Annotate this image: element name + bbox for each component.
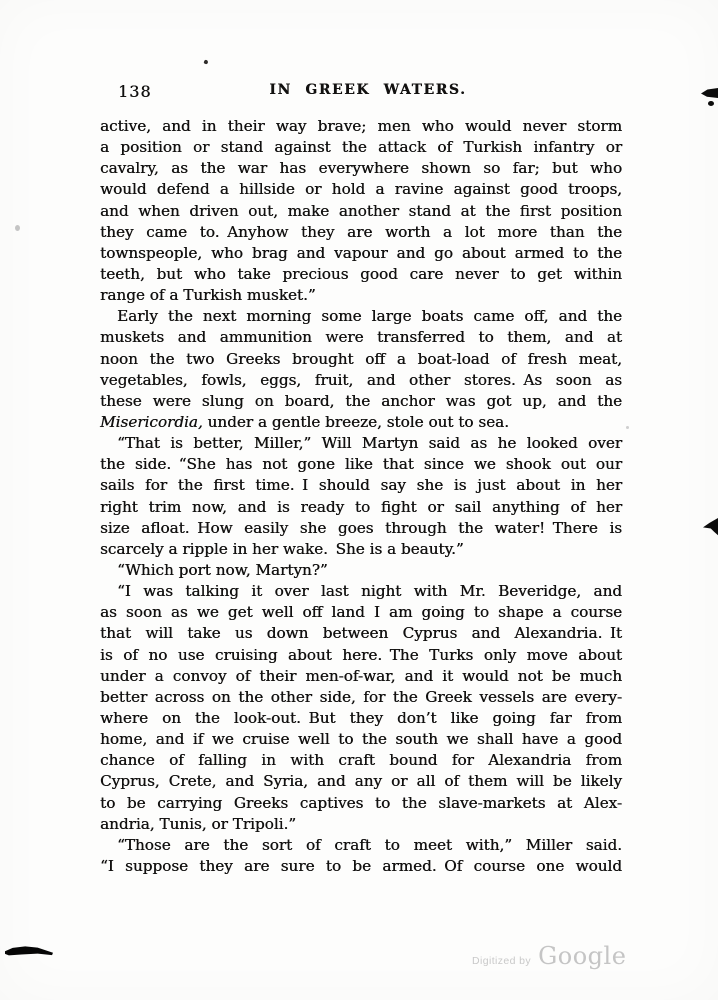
text-line: these were slung on board, the anchor wa… bbox=[100, 391, 622, 412]
text-segment: vegetables, fowls, eggs, fruit, and othe… bbox=[100, 371, 622, 389]
text-segment: where on the look-out. But they don’t li… bbox=[100, 709, 622, 727]
text-segment: as soon as we get well off land I am goi… bbox=[100, 603, 622, 621]
text-segment: Cyprus, Crete, and Syria, and any or all… bbox=[100, 772, 622, 790]
watermark-prefix: Digitized by bbox=[472, 955, 531, 967]
text-line: right trim now, and is ready to fight or… bbox=[100, 497, 622, 518]
text-segment: size afloat. How easily she goes through… bbox=[100, 519, 622, 537]
text-line: teeth, but who take precious good care n… bbox=[100, 264, 622, 285]
text-line: chance of falling in with craft bound fo… bbox=[100, 750, 622, 771]
text-segment: cavalry, as the war has everywhere shown… bbox=[100, 159, 622, 177]
text-line: Cyprus, Crete, and Syria, and any or all… bbox=[100, 771, 622, 792]
book-page: 138 IN GREEK WATERS. active, and in thei… bbox=[0, 0, 718, 1000]
text-segment: chance of falling in with craft bound fo… bbox=[100, 751, 622, 769]
text-segment: would defend a hillside or hold a ravine… bbox=[100, 180, 622, 198]
paragraph: “Which port now, Martyn?” bbox=[100, 560, 622, 581]
text-segment: “Which port now, Martyn?” bbox=[117, 561, 328, 579]
text-line: “I was talking it over last night with M… bbox=[100, 581, 622, 602]
paragraph: active, and in their way brave; men who … bbox=[100, 116, 622, 306]
text-line: and when driven out, make another stand … bbox=[100, 201, 622, 222]
text-line: size afloat. How easily she goes through… bbox=[100, 518, 622, 539]
text-line: cavalry, as the war has everywhere shown… bbox=[100, 158, 622, 179]
text-segment: a position or stand against the attack o… bbox=[100, 138, 622, 156]
text-segment: under a convoy of their men-of-war, and … bbox=[100, 667, 622, 685]
text-line: “That is better, Miller,” Will Martyn sa… bbox=[100, 433, 622, 454]
text-segment: that will take us down between Cyprus an… bbox=[100, 624, 622, 642]
text-segment: teeth, but who take precious good care n… bbox=[100, 265, 622, 283]
text-segment: and when driven out, make another stand … bbox=[100, 202, 622, 220]
text-segment: right trim now, and is ready to fight or… bbox=[100, 498, 622, 516]
text-segment: these were slung on board, the anchor wa… bbox=[100, 392, 622, 410]
text-line: where on the look-out. But they don’t li… bbox=[100, 708, 622, 729]
text-line: better across on the other side, for the… bbox=[100, 687, 622, 708]
text-line: home, and if we cruise well to the south… bbox=[100, 729, 622, 750]
text-line: range of a Turkish musket.” bbox=[100, 285, 622, 306]
paragraph: Early the next morning some large boats … bbox=[100, 306, 622, 433]
margin-ink-mark bbox=[701, 88, 718, 98]
ink-speck bbox=[626, 426, 629, 429]
text-segment: andria, Tunis, or Tripoli.” bbox=[100, 815, 296, 833]
text-segment: home, and if we cruise well to the south… bbox=[100, 730, 622, 748]
text-line: Misericordia, under a gentle breeze, sto… bbox=[100, 412, 622, 433]
paragraph: “That is better, Miller,” Will Martyn sa… bbox=[100, 433, 622, 560]
running-title: IN GREEK WATERS. bbox=[100, 82, 622, 98]
text-segment: under a gentle breeze, stole out to sea. bbox=[203, 413, 509, 431]
text-line: “I suppose they are sure to be armed. Of… bbox=[100, 856, 622, 877]
margin-ink-mark bbox=[708, 101, 714, 106]
watermark: Digitized by Google bbox=[472, 942, 642, 970]
text-segment: “That is better, Miller,” Will Martyn sa… bbox=[117, 434, 622, 452]
paragraph: “I was talking it over last night with M… bbox=[100, 581, 622, 835]
text-segment: they came to. Anyhow they are worth a lo… bbox=[100, 223, 622, 241]
text-line: the side. “She has not gone like that si… bbox=[100, 454, 622, 475]
text-line: muskets and ammunition were transferred … bbox=[100, 327, 622, 348]
ship-name-italic: Misericordia, bbox=[100, 413, 203, 431]
text-line: “Which port now, Martyn?” bbox=[100, 560, 622, 581]
text-segment: to be carrying Greeks captives to the sl… bbox=[100, 794, 622, 812]
text-line: they came to. Anyhow they are worth a lo… bbox=[100, 222, 622, 243]
text-segment: better across on the other side, for the… bbox=[100, 688, 622, 706]
text-line: a position or stand against the attack o… bbox=[100, 137, 622, 158]
text-segment: “I suppose they are sure to be armed. Of… bbox=[100, 857, 622, 875]
text-line: under a convoy of their men-of-war, and … bbox=[100, 666, 622, 687]
google-logo: Google bbox=[538, 942, 626, 970]
text-line: noon the two Greeks brought off a boat-l… bbox=[100, 349, 622, 370]
ink-smudge bbox=[5, 944, 53, 959]
text-line: as soon as we get well off land I am goi… bbox=[100, 602, 622, 623]
text-line: scarcely a ripple in her wake. She is a … bbox=[100, 539, 622, 560]
text-line: vegetables, fowls, eggs, fruit, and othe… bbox=[100, 370, 622, 391]
text-line: would defend a hillside or hold a ravine… bbox=[100, 179, 622, 200]
text-segment: “Those are the sort of craft to meet wit… bbox=[117, 836, 622, 854]
page-number: 138 bbox=[118, 82, 152, 101]
text-line: andria, Tunis, or Tripoli.” bbox=[100, 814, 622, 835]
text-line: that will take us down between Cyprus an… bbox=[100, 623, 622, 644]
text-segment: townspeople, who brag and vapour and go … bbox=[100, 244, 622, 262]
text-line: sails for the first time. I should say s… bbox=[100, 475, 622, 496]
text-segment: muskets and ammunition were transferred … bbox=[100, 328, 622, 346]
margin-ink-mark bbox=[703, 518, 718, 536]
text-segment: the side. “She has not gone like that si… bbox=[100, 455, 622, 473]
text-segment: range of a Turkish musket.” bbox=[100, 286, 316, 304]
text-line: is of no use cruising about here. The Tu… bbox=[100, 645, 622, 666]
text-segment: scarcely a ripple in her wake. She is a … bbox=[100, 540, 464, 558]
text-segment: is of no use cruising about here. The Tu… bbox=[100, 646, 622, 664]
text-segment: “I was talking it over last night with M… bbox=[117, 582, 622, 600]
ink-speck bbox=[203, 59, 208, 64]
text-segment: noon the two Greeks brought off a boat-l… bbox=[100, 350, 622, 368]
text-line: to be carrying Greeks captives to the sl… bbox=[100, 793, 622, 814]
text-segment: active, and in their way brave; men who … bbox=[100, 117, 622, 135]
text-line: Early the next morning some large boats … bbox=[100, 306, 622, 327]
text-segment: sails for the first time. I should say s… bbox=[100, 476, 622, 494]
text-segment: Early the next morning some large boats … bbox=[117, 307, 622, 325]
page-header: 138 IN GREEK WATERS. bbox=[100, 82, 622, 102]
text-line: townspeople, who brag and vapour and go … bbox=[100, 243, 622, 264]
text-block: active, and in their way brave; men who … bbox=[100, 116, 622, 877]
text-line: “Those are the sort of craft to meet wit… bbox=[100, 835, 622, 856]
paragraph: “Those are the sort of craft to meet wit… bbox=[100, 835, 622, 877]
ink-speck bbox=[15, 225, 20, 231]
text-line: active, and in their way brave; men who … bbox=[100, 116, 622, 137]
